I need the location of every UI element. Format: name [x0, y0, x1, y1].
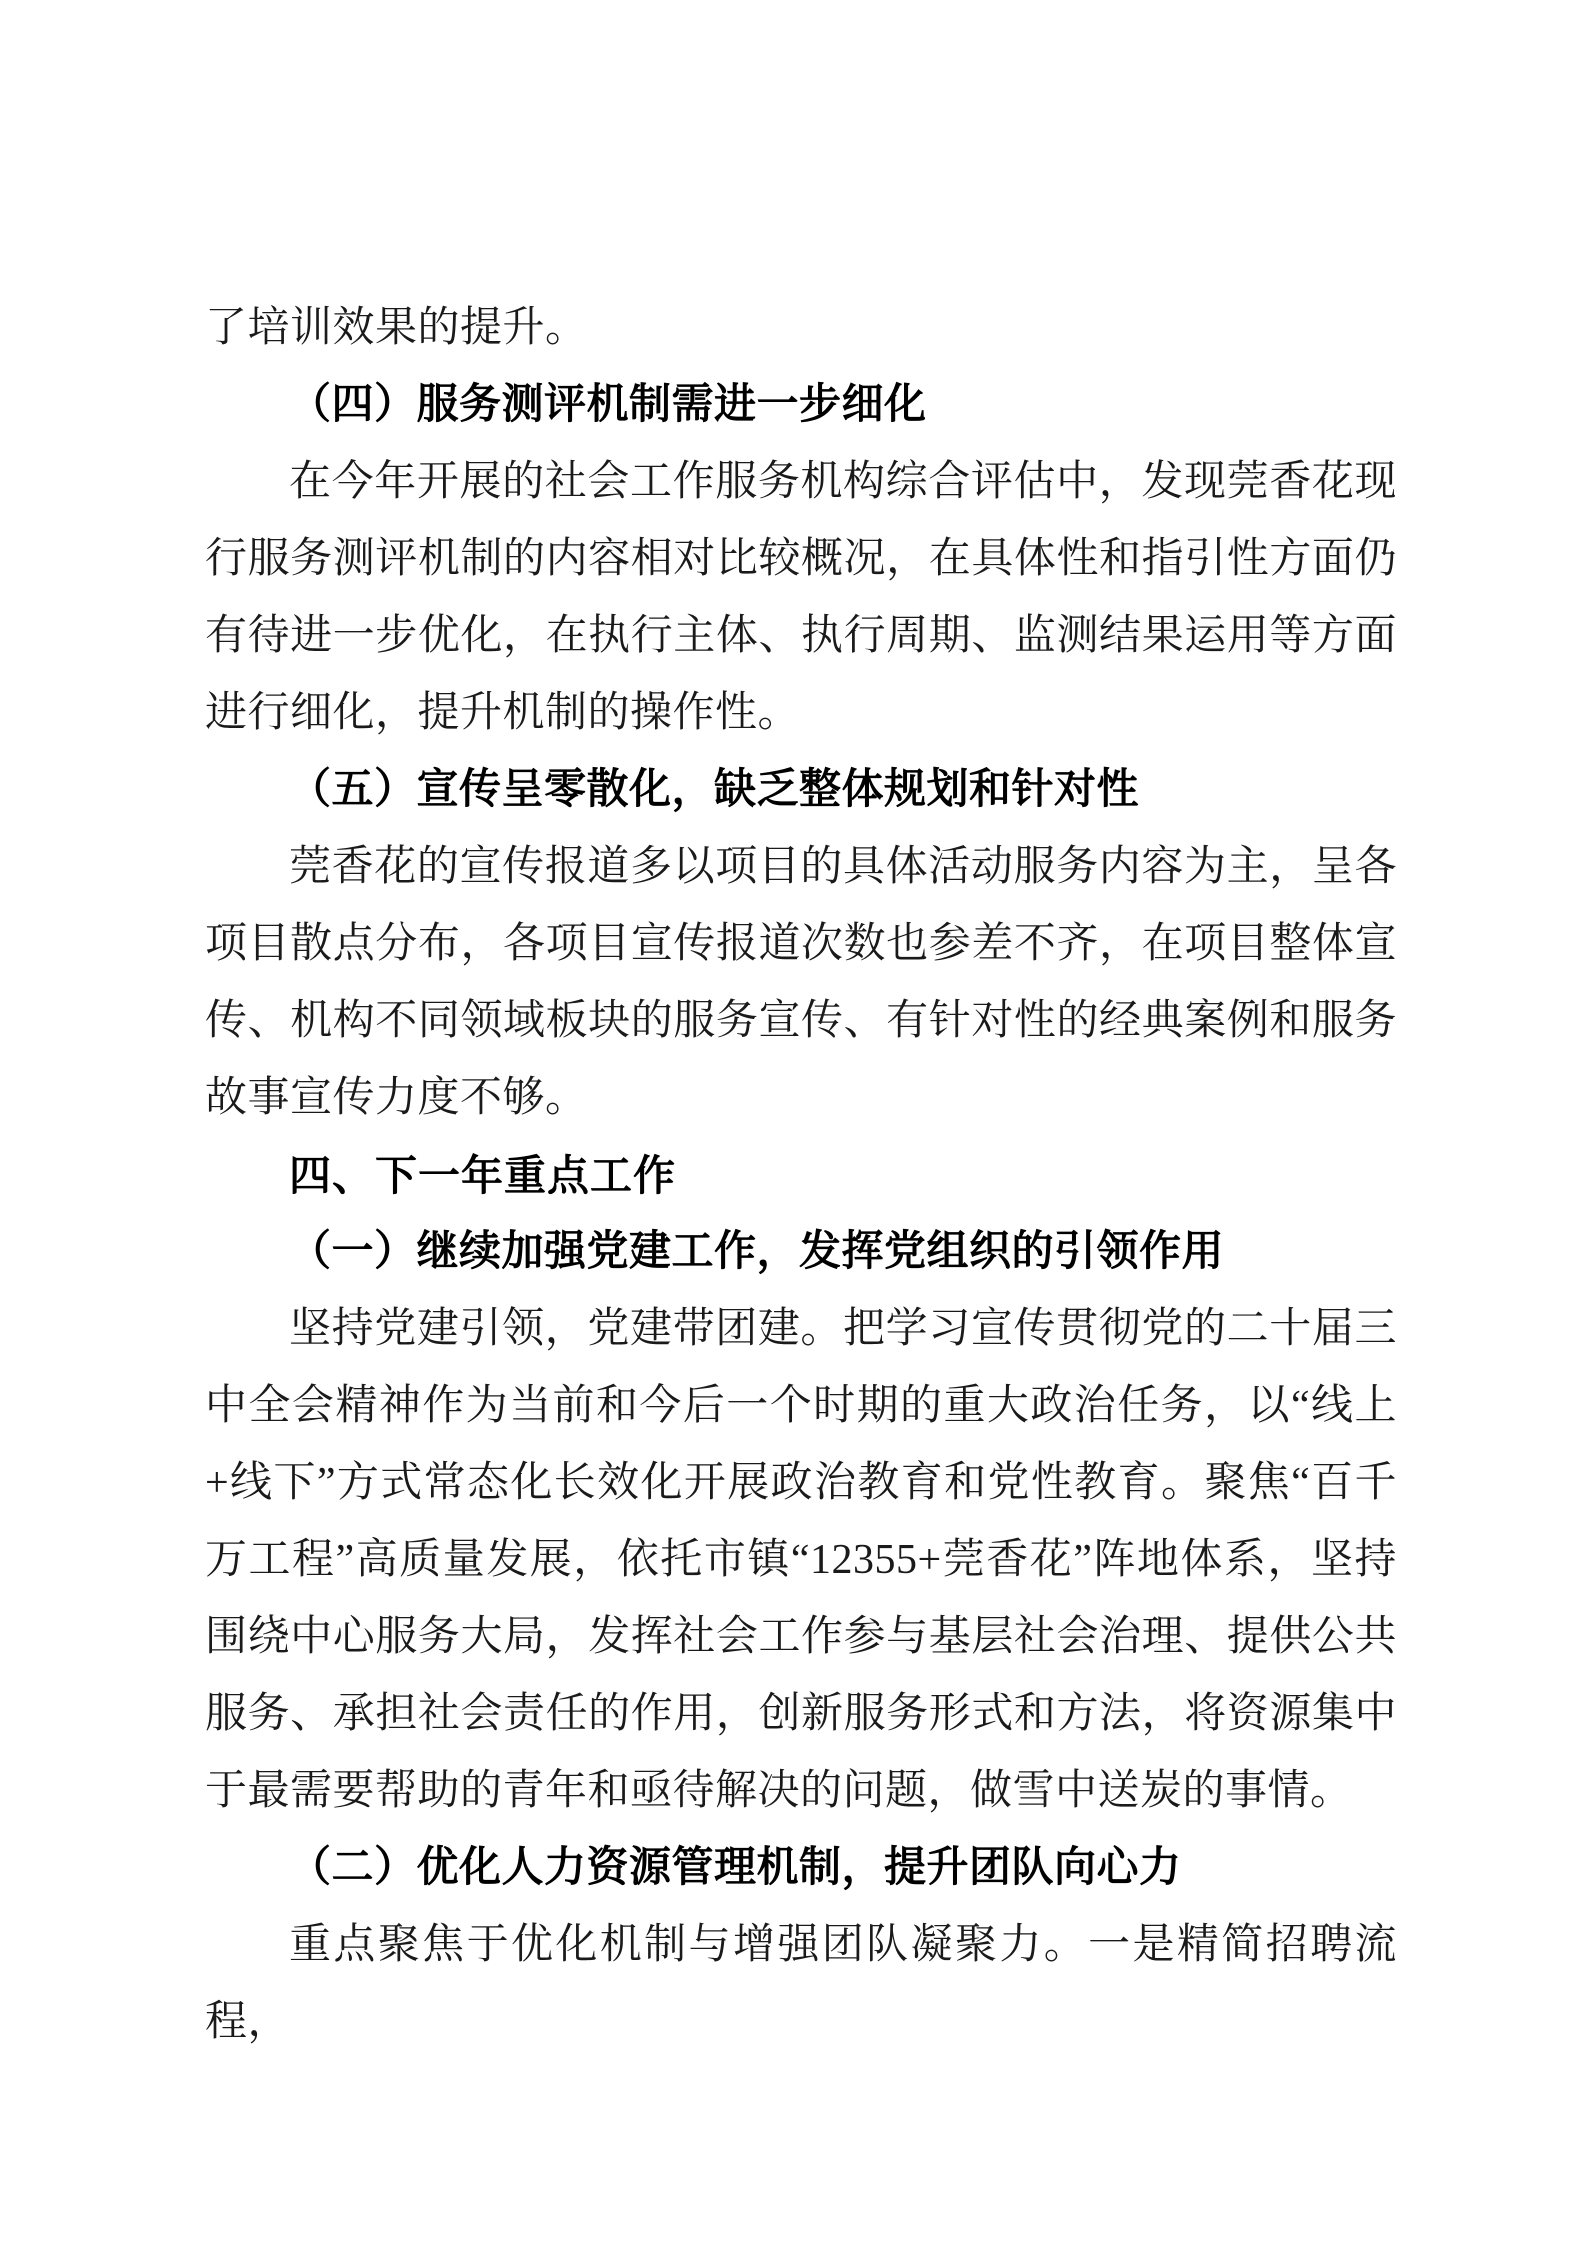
sub-heading-4-service-evaluation: （四）服务测评机制需进一步细化 — [205, 367, 1397, 444]
paragraph-service-evaluation-detail: 在今年开展的社会工作服务机构综合评估中，发现莞香花现行服务测评机制的内容相对比较… — [205, 444, 1397, 752]
section-heading-next-year-key-work: 四、下一年重点工作 — [205, 1137, 1397, 1214]
sub-heading-1-party-building: （一）继续加强党建工作，发挥党组织的引领作用 — [205, 1214, 1397, 1291]
paragraph-publicity-detail: 莞香花的宣传报道多以项目的具体活动服务内容为主，呈各项目散点分布，各项目宣传报道… — [205, 829, 1397, 1137]
document-page: 了培训效果的提升。 （四）服务测评机制需进一步细化 在今年开展的社会工作服务机构… — [0, 0, 1587, 2245]
paragraph-party-building-detail: 坚持党建引领，党建带团建。把学习宣传贯彻党的二十届三中全会精神作为当前和今后一个… — [205, 1291, 1397, 1830]
sub-heading-2-hr-optimization: （二）优化人力资源管理机制，提升团队向心力 — [205, 1830, 1397, 1907]
paragraph-training-effect-continuation: 了培训效果的提升。 — [205, 290, 1397, 367]
sub-heading-5-publicity-scattered: （五）宣传呈零散化，缺乏整体规划和针对性 — [205, 752, 1397, 829]
paragraph-hr-optimization-detail: 重点聚焦于优化机制与增强团队凝聚力。一是精简招聘流程， — [205, 1907, 1397, 2061]
